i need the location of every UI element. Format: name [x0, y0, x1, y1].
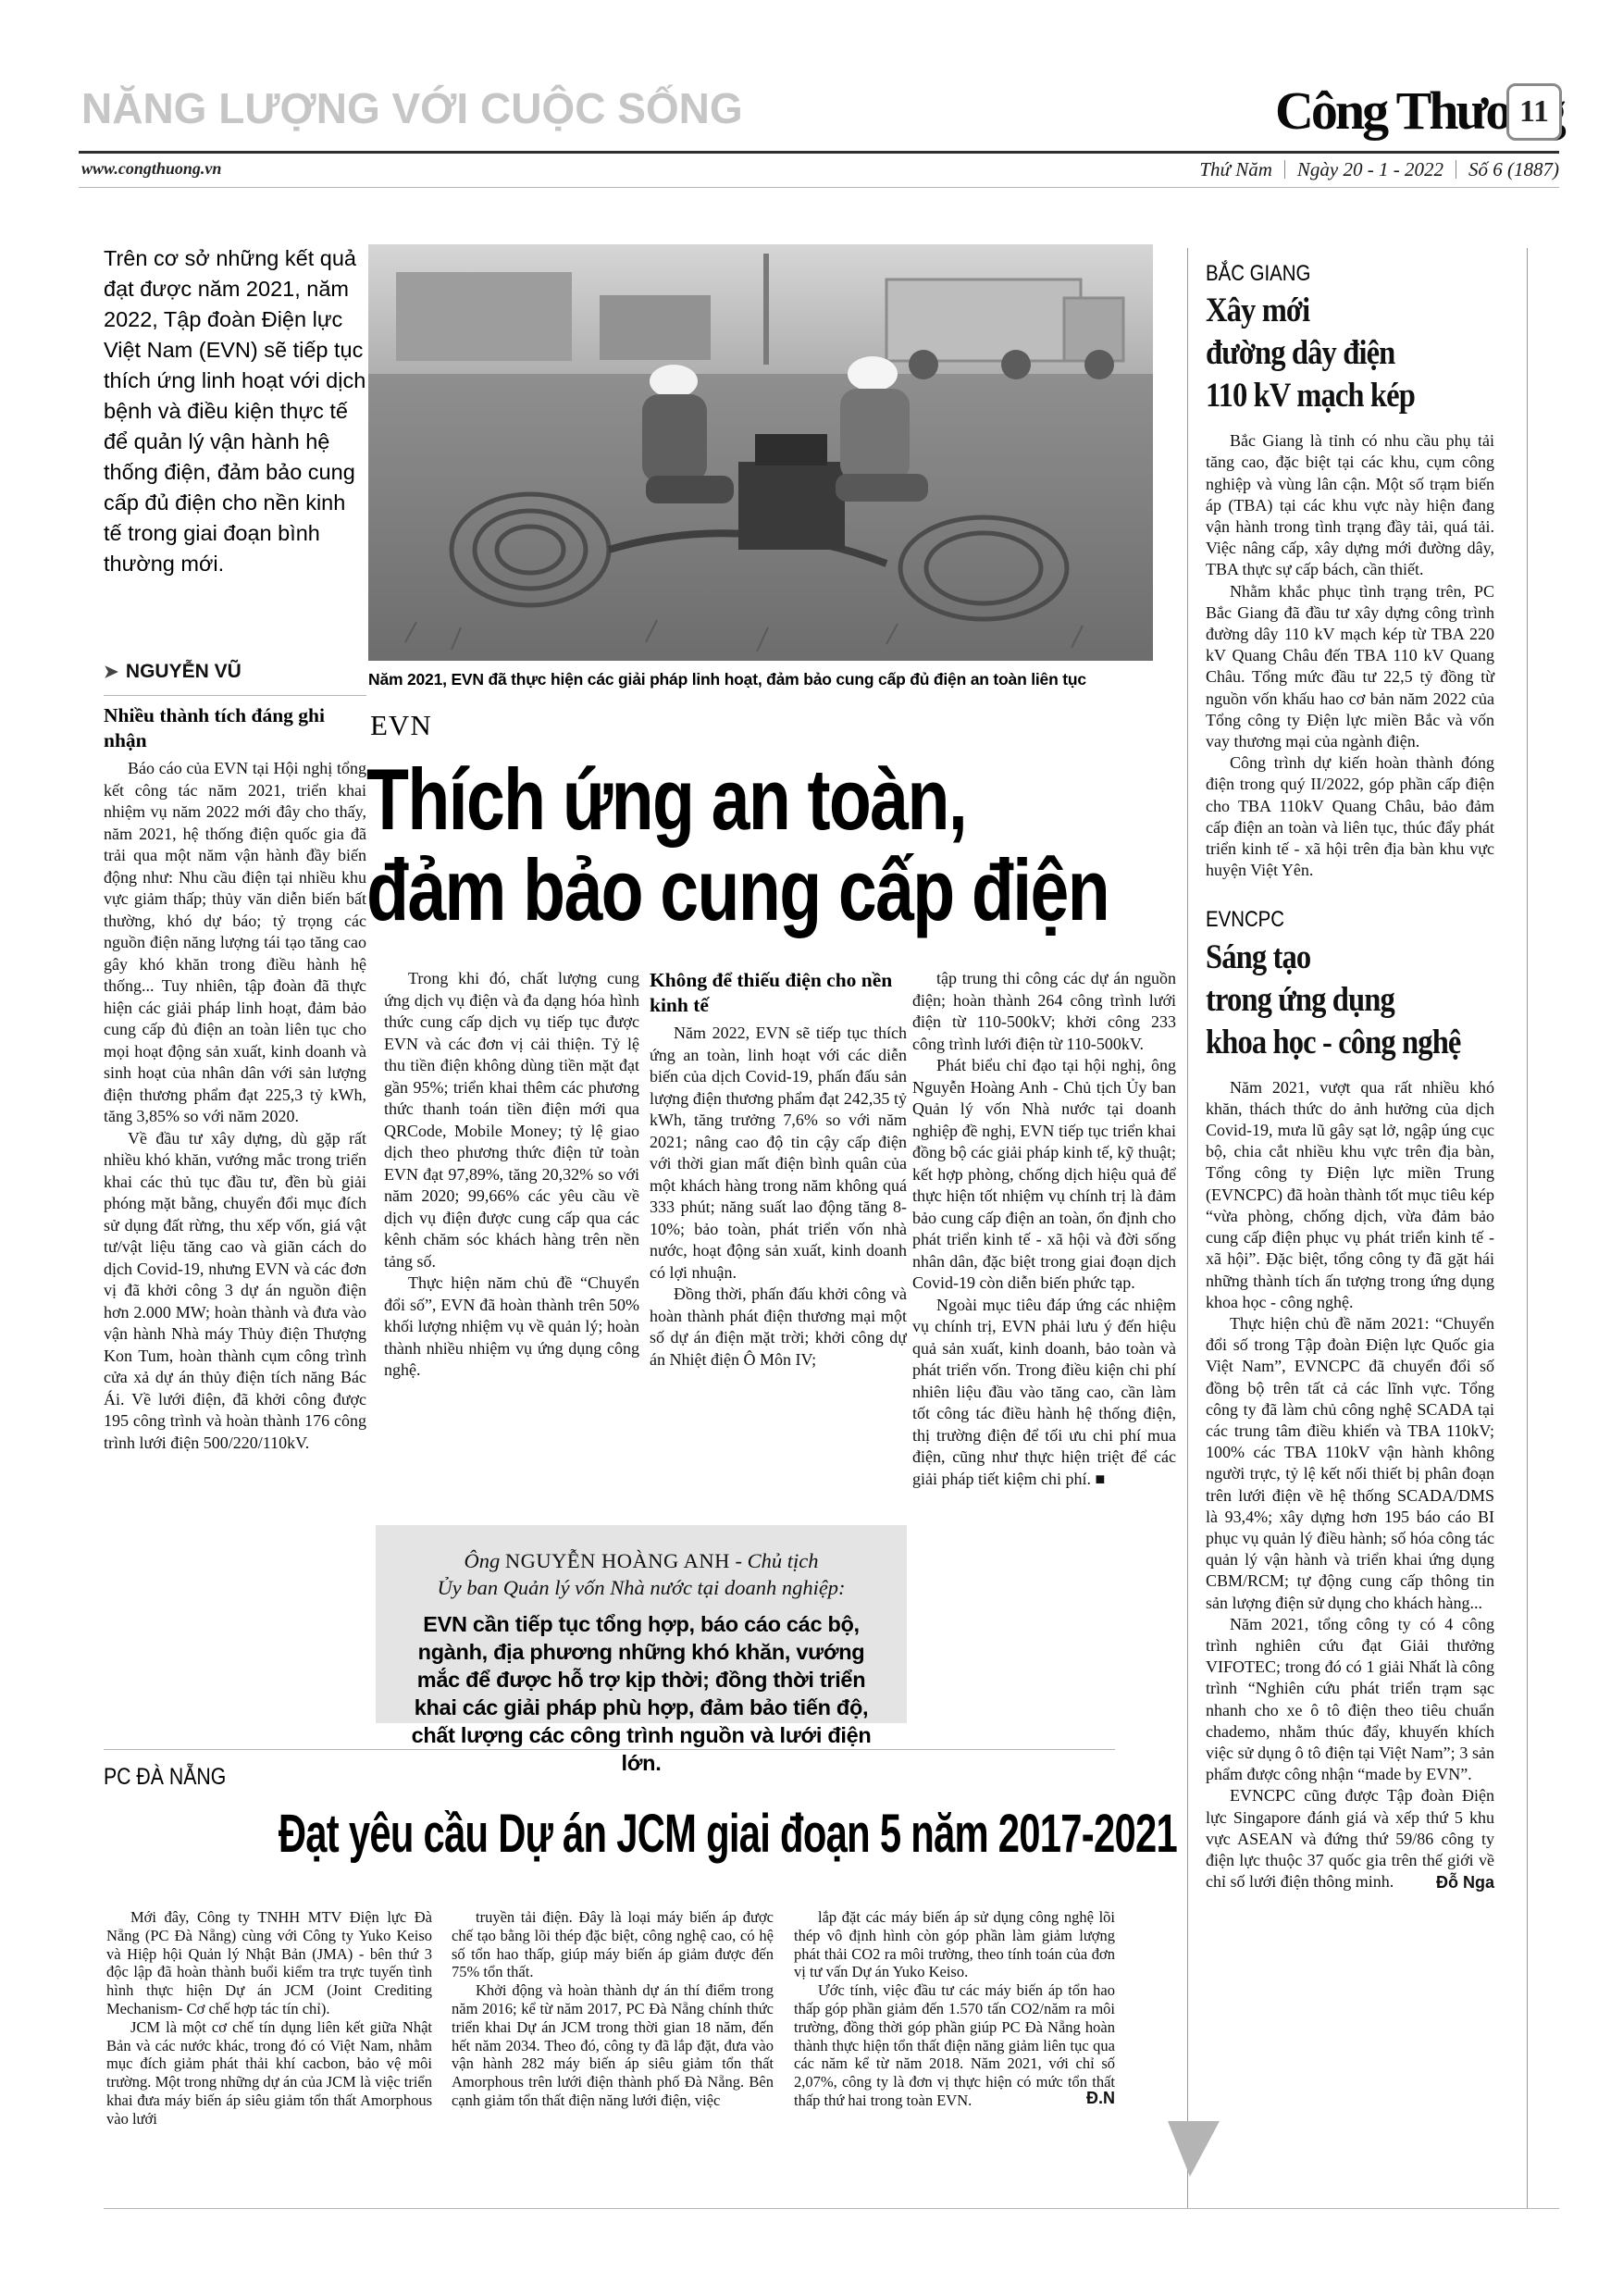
section-banner: NĂNG LƯỢNG VỚI CUỘC SỐNG [81, 83, 743, 133]
corner-triangle-decoration [1168, 2121, 1220, 2177]
column-text: Báo cáo của EVN tại Hội nghị tổng kết cô… [104, 758, 366, 1454]
bottom-headline: Đạt yêu cầu Dự án JCM giai đoạn 5 năm 20… [104, 1803, 1115, 1865]
header-subrule [79, 187, 1559, 188]
dateline-separator [1284, 160, 1285, 179]
sidebar-article-text: Bắc Giang là tỉnh có nhu cầu phụ tải tăn… [1206, 430, 1494, 881]
main-column-1: Nhiều thành tích đáng ghi nhận Báo cáo c… [104, 703, 366, 1745]
column-text: Năm 2022, EVN sẽ tiếp tục thích ứng an t… [650, 1023, 907, 1371]
paragraph: Đồng thời, phấn đấu khởi công và hoàn th… [650, 1284, 907, 1371]
bottom-kicker: PC ĐÀ NẴNG [104, 1764, 226, 1791]
page-number-value: 11 [1519, 94, 1549, 130]
main-column-2: Trong khi đó, chất lượng cung ứng dịch v… [384, 968, 639, 1521]
paragraph: Khởi động và hoàn thành dự án thí điểm t… [452, 1981, 774, 2110]
dateline-separator [1456, 160, 1456, 179]
bottom-article-top-rule [104, 1749, 1115, 1750]
paragraph: Về đầu tư xây dựng, dù gặp rất nhiều khó… [104, 1128, 366, 1455]
sidebar-author: Đỗ Nga [1206, 1872, 1494, 1893]
bottom-author: Đ.N [794, 2090, 1115, 2108]
sidebar-kicker: BẮC GIANG [1206, 263, 1451, 284]
lead-intro: Trên cơ sở những kết quả đạt được năm 20… [104, 243, 366, 579]
sidebar: BẮC GIANG Xây mới đường dây điện 110 kV … [1206, 263, 1494, 1894]
paragraph: Bắc Giang là tỉnh có nhu cầu phụ tải tăn… [1206, 430, 1494, 580]
dateline-issue: Số 6 (1887) [1468, 158, 1559, 180]
sidebar-right-divider [1527, 248, 1528, 2208]
paragraph: Nhằm khắc phục tình trạng trên, PC Bắc G… [1206, 581, 1494, 753]
sidebar-article-evncpc: EVNCPC Sáng tạo trong ứng dụng khoa học … [1206, 909, 1494, 1893]
sidebar-headline: Xây mới đường dây điện 110 kV mạch kép [1206, 290, 1494, 417]
byline-name: NGUYỄN VŨ [126, 661, 242, 682]
paragraph: Phát biểu chỉ đạo tại hội nghị, ông Nguy… [912, 1055, 1176, 1295]
paragraph: truyền tải điện. Đây là loại máy biến áp… [452, 1908, 774, 1981]
photo-illustration [368, 244, 1153, 661]
sidebar-article-bacgiang: BẮC GIANG Xây mới đường dây điện 110 kV … [1206, 263, 1494, 881]
paragraph: Mới đây, Công ty TNHH MTV Điện lực Đà Nẵ… [106, 1908, 432, 2018]
column-subhead: Nhiều thành tích đáng ghi nhận [104, 703, 366, 753]
column-subhead: Không để thiếu điện cho nền kinh tế [650, 968, 907, 1018]
sidebar-headline: Sáng tạo trong ứng dụng khoa học - công … [1206, 937, 1494, 1064]
quote-text: EVN cần tiếp tục tổng hợp, báo cáo các b… [402, 1610, 881, 1777]
main-headline-line2: đảm bảo cung cấp điện [366, 840, 1153, 931]
page-bottom-rule [104, 2208, 1559, 2209]
bottom-column-1: Mới đây, Công ty TNHH MTV Điện lực Đà Nẵ… [106, 1908, 432, 2206]
column-text: lắp đặt các máy biến áp sử dụng công ngh… [794, 1908, 1115, 2110]
paragraph: Công trình dự kiến hoàn thành đóng điện … [1206, 752, 1494, 881]
quote-attribution: Ông NGUYỄN HOÀNG ANH - Chủ tịch Ủy ban Q… [402, 1547, 881, 1601]
main-headline-line1: Thích ứng an toàn, [366, 750, 1153, 840]
paragraph: Năm 2021, vượt qua rất nhiều khó khăn, t… [1206, 1077, 1494, 1313]
website-url: www.congthuong.vn [81, 159, 221, 179]
column-text: Mới đây, Công ty TNHH MTV Điện lực Đà Nẵ… [106, 1908, 432, 2128]
newspaper-page: NĂNG LƯỢNG VỚI CUỘC SỐNG Công Thương 11 … [0, 0, 1623, 2296]
main-column-3: Không để thiếu điện cho nền kinh tế Năm … [650, 968, 907, 1521]
main-column-4: tập trung thi công các dự án nguồn điện;… [912, 968, 1176, 1732]
header-rule [79, 151, 1559, 154]
sidebar-left-divider [1187, 248, 1188, 2208]
article-photo [368, 244, 1153, 661]
main-kicker: EVN [370, 709, 432, 742]
column-text: truyền tải điện. Đây là loại máy biến áp… [452, 1908, 774, 2110]
sidebar-kicker: EVNCPC [1206, 909, 1451, 930]
bottom-column-2: truyền tải điện. Đây là loại máy biến áp… [452, 1908, 774, 2206]
paragraph: Báo cáo của EVN tại Hội nghị tổng kết cô… [104, 758, 366, 1128]
dateline: Thứ NămNgày 20 - 1 - 2022Số 6 (1887) [833, 158, 1559, 181]
paragraph: lắp đặt các máy biến áp sử dụng công ngh… [794, 1908, 1115, 1981]
paragraph: tập trung thi công các dự án nguồn điện;… [912, 968, 1176, 1055]
paragraph: Thực hiện chủ đề năm 2021: “Chuyển đổi s… [1206, 1313, 1494, 1614]
byline: ➤NGUYỄN VŨ [104, 661, 242, 683]
dateline-weekday: Thứ Năm [1199, 158, 1272, 180]
photo-caption: Năm 2021, EVN đã thực hiện các giải pháp… [368, 670, 1086, 689]
paragraph: Ngoài mục tiêu đáp ứng các nhiệm vụ chín… [912, 1295, 1176, 1491]
column-text: tập trung thi công các dự án nguồn điện;… [912, 968, 1176, 1490]
sidebar-article-text: Năm 2021, vượt qua rất nhiều khó khăn, t… [1206, 1077, 1494, 1893]
quote-speaker-name: NGUYỄN HOÀNG ANH [505, 1549, 730, 1572]
bottom-column-3: lắp đặt các máy biến áp sử dụng công ngh… [794, 1908, 1115, 2206]
paragraph: Trong khi đó, chất lượng cung ứng dịch v… [384, 968, 639, 1272]
page-number: 11 [1506, 83, 1562, 141]
section-title: NĂNG LƯỢNG VỚI CUỘC SỐNG [81, 84, 743, 132]
paragraph: JCM là một cơ chế tín dụng liên kết giữa… [106, 2018, 432, 2128]
quote-box: Ông NGUYỄN HOÀNG ANH - Chủ tịch Ủy ban Q… [376, 1525, 907, 1723]
column-text: Trong khi đó, chất lượng cung ứng dịch v… [384, 968, 639, 1382]
byline-rule [104, 695, 366, 696]
paragraph: Thực hiện năm chủ đề “Chuyển đổi số”, EV… [384, 1272, 639, 1382]
quote-speaker-title: Ủy ban Quản lý vốn Nhà nước tại doanh ng… [437, 1576, 845, 1599]
dateline-date: Ngày 20 - 1 - 2022 [1297, 158, 1443, 180]
paragraph: Năm 2022, EVN sẽ tiếp tục thích ứng an t… [650, 1023, 907, 1284]
main-headline: Thích ứng an toàn, đảm bảo cung cấp điện [366, 750, 1153, 931]
paragraph: Năm 2021, tổng công ty có 4 công trình n… [1206, 1614, 1494, 1786]
byline-arrow-icon: ➤ [104, 663, 118, 682]
